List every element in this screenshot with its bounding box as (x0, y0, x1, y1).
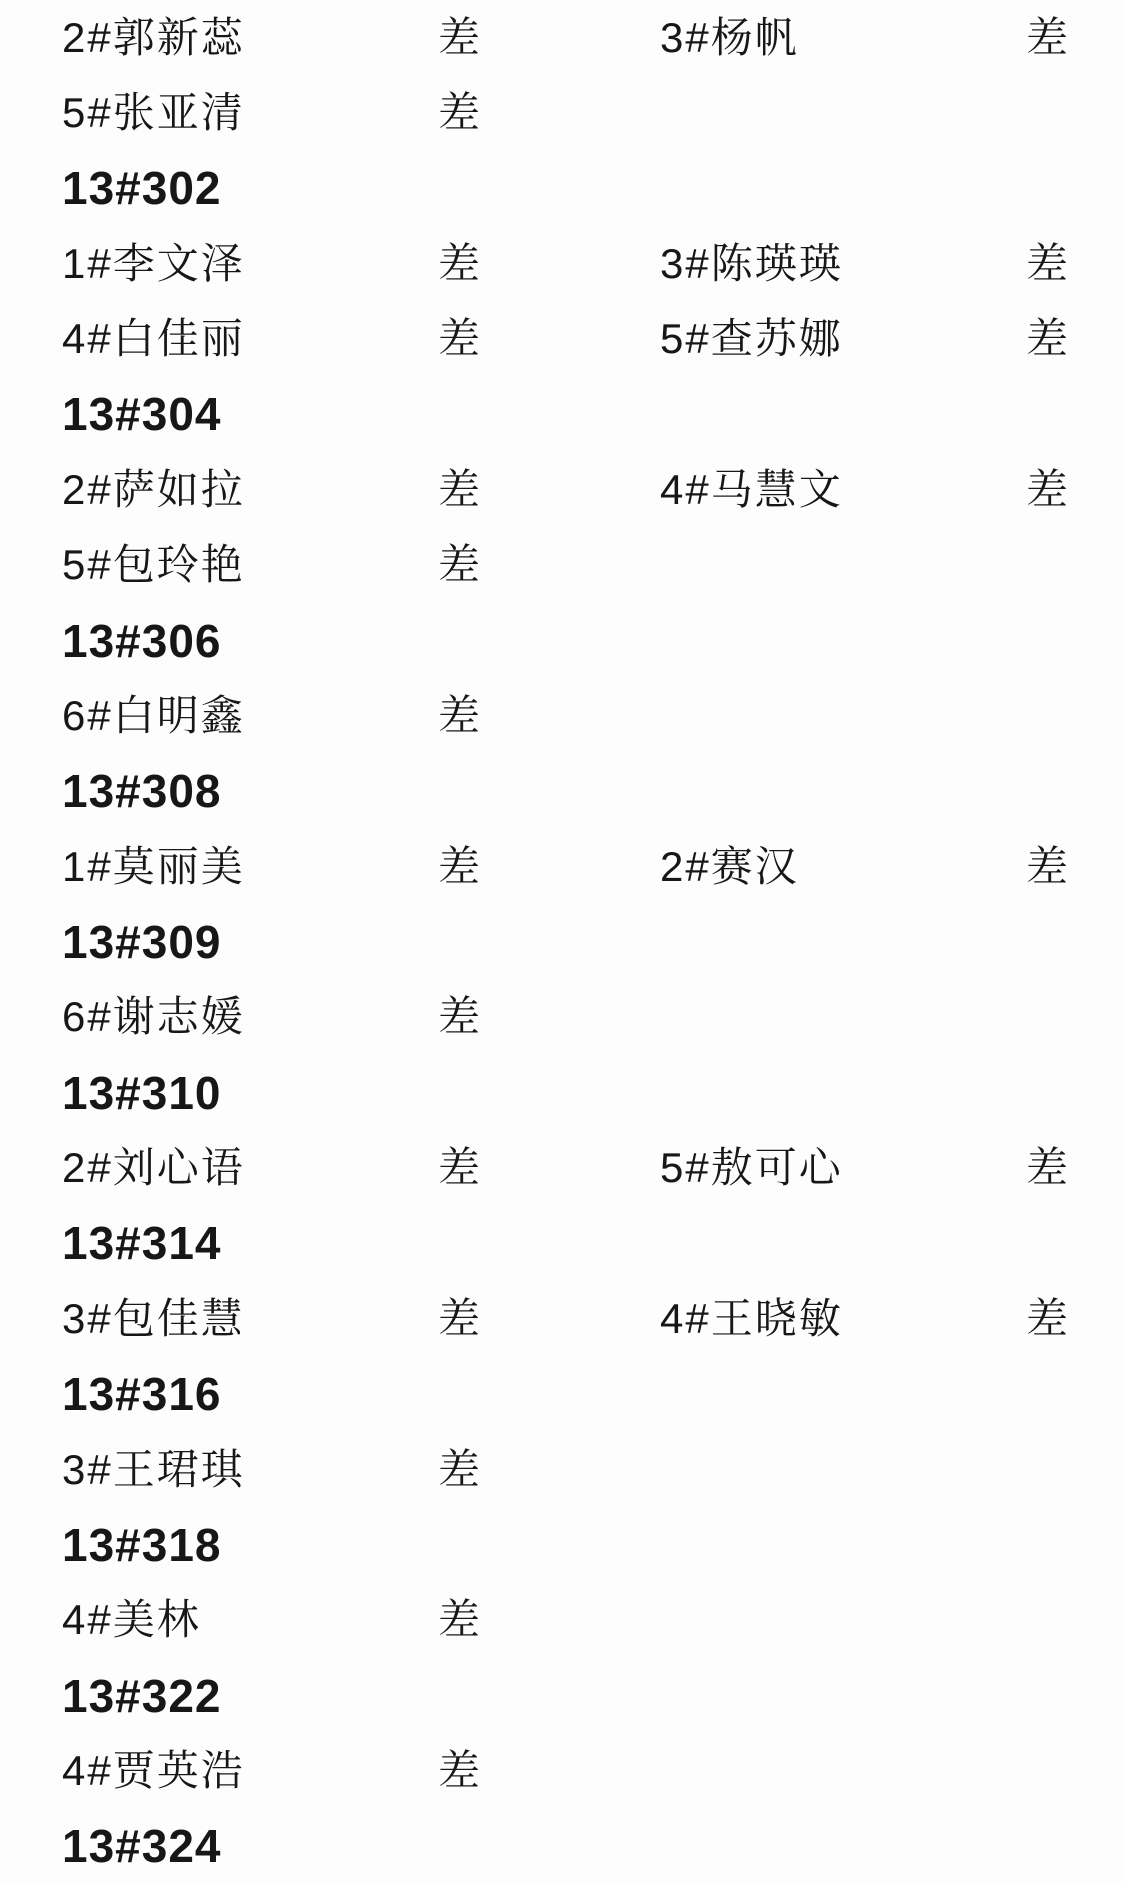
room-header-row: 13#324 (0, 1809, 1122, 1884)
student-name: 5#张亚清 (62, 92, 245, 134)
student-name: 4#王晓敏 (660, 1298, 843, 1340)
room-number: 13#308 (62, 768, 222, 814)
rating-value: 差 (1026, 243, 1068, 285)
room-number: 13#306 (62, 618, 222, 664)
room-number: 13#318 (62, 1522, 222, 1568)
student-row: 4#贾英浩差 (0, 1733, 1122, 1808)
student-row: 2#刘心语差5#敖可心差 (0, 1130, 1122, 1205)
student-name: 4#白佳丽 (62, 318, 245, 360)
student-row: 1#李文泽差3#陈瑛瑛差 (0, 226, 1122, 301)
rating-value: 差 (438, 544, 480, 586)
student-name: 5#查苏娜 (660, 318, 843, 360)
room-header-row: 13#304 (0, 377, 1122, 452)
rating-value: 差 (1026, 1147, 1068, 1189)
student-row: 5#张亚清差 (0, 75, 1122, 150)
rating-value: 差 (1026, 318, 1068, 360)
room-number: 13#302 (62, 165, 222, 211)
room-number: 13#316 (62, 1371, 222, 1417)
room-header-row: 13#314 (0, 1206, 1122, 1281)
rating-value: 差 (438, 1449, 480, 1491)
rating-value: 差 (438, 846, 480, 888)
student-row: 1#莫丽美差2#赛汉差 (0, 829, 1122, 904)
student-row: 3#包佳慧差4#王晓敏差 (0, 1281, 1122, 1356)
rating-value: 差 (438, 1599, 480, 1641)
room-header-row: 13#302 (0, 151, 1122, 226)
rating-value: 差 (438, 1147, 480, 1189)
student-name: 2#郭新蕊 (62, 17, 245, 59)
student-name: 2#萨如拉 (62, 469, 245, 511)
room-number: 13#314 (62, 1220, 222, 1266)
student-name: 3#陈瑛瑛 (660, 243, 843, 285)
rating-value: 差 (438, 318, 480, 360)
student-name: 3#杨帆 (660, 17, 799, 59)
rating-value: 差 (1026, 846, 1068, 888)
student-row: 6#谢志媛差 (0, 980, 1122, 1055)
room-number: 13#309 (62, 919, 222, 965)
student-row: 2#郭新蕊差3#杨帆差 (0, 0, 1122, 75)
student-name: 2#刘心语 (62, 1147, 245, 1189)
rating-value: 差 (438, 1750, 480, 1792)
student-name: 6#谢志媛 (62, 996, 245, 1038)
student-name: 1#莫丽美 (62, 846, 245, 888)
rating-value: 差 (438, 243, 480, 285)
dorm-inspection-list: 2#郭新蕊差3#杨帆差5#张亚清差13#3021#李文泽差3#陈瑛瑛差4#白佳丽… (0, 0, 1122, 1884)
room-header-row: 13#308 (0, 754, 1122, 829)
room-header-row: 13#318 (0, 1507, 1122, 1582)
room-number: 13#304 (62, 391, 222, 437)
rating-value: 差 (1026, 17, 1068, 59)
student-row: 5#包玲艳差 (0, 528, 1122, 603)
room-header-row: 13#322 (0, 1658, 1122, 1733)
student-name: 6#白明鑫 (62, 695, 245, 737)
student-row: 2#萨如拉差4#马慧文差 (0, 452, 1122, 527)
student-row: 3#王珺琪差 (0, 1432, 1122, 1507)
room-header-row: 13#306 (0, 603, 1122, 678)
room-number: 13#310 (62, 1070, 222, 1116)
student-row: 6#白明鑫差 (0, 678, 1122, 753)
rating-value: 差 (438, 996, 480, 1038)
rating-value: 差 (438, 695, 480, 737)
rating-value: 差 (1026, 1298, 1068, 1340)
rating-value: 差 (438, 92, 480, 134)
student-row: 4#白佳丽差5#查苏娜差 (0, 301, 1122, 376)
rating-value: 差 (1026, 469, 1068, 511)
student-name: 2#赛汉 (660, 846, 799, 888)
room-number: 13#324 (62, 1823, 222, 1869)
room-number: 13#322 (62, 1673, 222, 1719)
room-header-row: 13#309 (0, 904, 1122, 979)
rating-value: 差 (438, 1298, 480, 1340)
rating-value: 差 (438, 469, 480, 511)
room-header-row: 13#316 (0, 1356, 1122, 1431)
student-name: 3#包佳慧 (62, 1298, 245, 1340)
rating-value: 差 (438, 17, 480, 59)
student-name: 4#贾英浩 (62, 1750, 245, 1792)
student-name: 4#美林 (62, 1599, 201, 1641)
student-name: 5#包玲艳 (62, 544, 245, 586)
room-header-row: 13#310 (0, 1055, 1122, 1130)
student-name: 1#李文泽 (62, 243, 245, 285)
student-name: 4#马慧文 (660, 469, 843, 511)
student-row: 4#美林差 (0, 1583, 1122, 1658)
student-name: 5#敖可心 (660, 1147, 843, 1189)
student-name: 3#王珺琪 (62, 1449, 245, 1491)
